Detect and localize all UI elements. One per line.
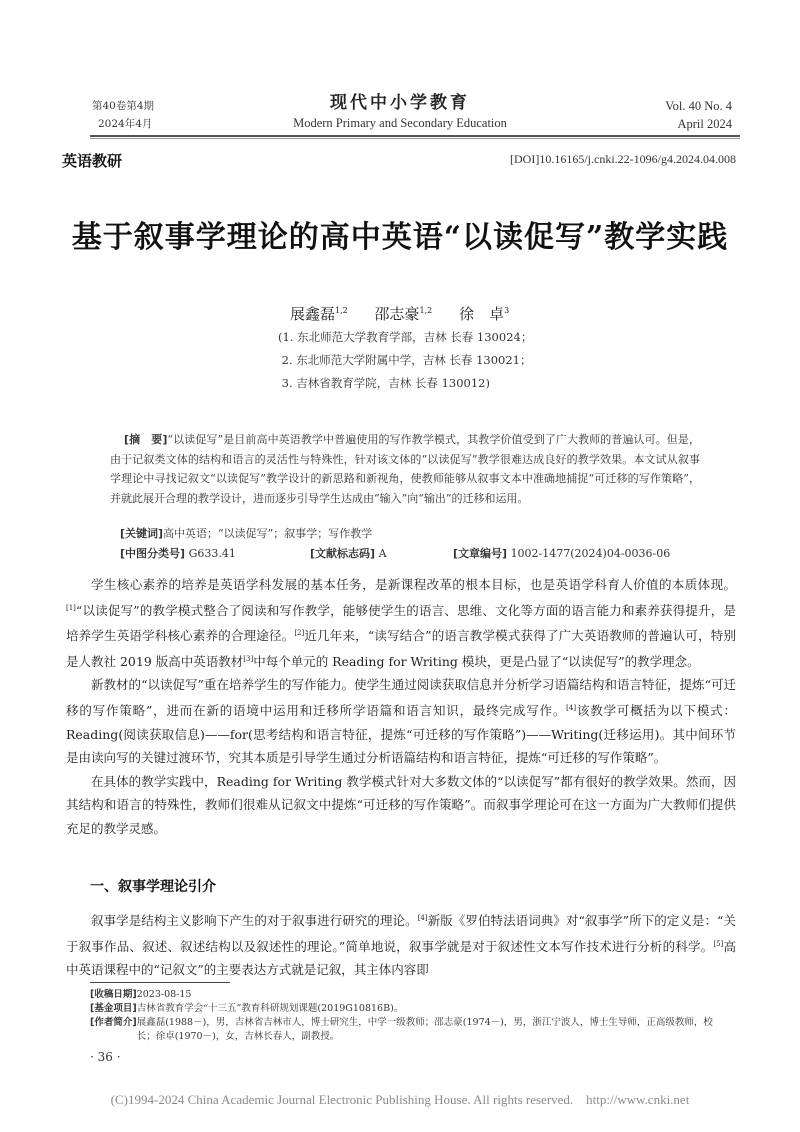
header-rule-thin [90,138,740,139]
citation-ref[interactable]: [5] [713,940,723,948]
abstract-text: “以读促写”是目前高中英语教学中普遍使用的写作教学模式，其教学价值受到了广大教师… [110,433,700,505]
classification-info: [中图分类号] G633.41 [文献标志码] A [文章编号] 1002-14… [120,545,670,561]
affiliation: 3. 吉林省教育学院，吉林 长春 130012) [278,372,532,395]
abstract: [摘 要]“以读促写”是目前高中英语教学中普遍使用的写作教学模式，其教学价值受到… [110,430,700,508]
citation-ref[interactable]: [4] [418,914,428,922]
keywords-label: [关键词] [120,527,163,540]
issue-date-en: April 2024 [665,115,732,133]
header-rule [90,135,740,137]
citation-ref[interactable]: [3] [243,655,253,663]
citation-ref[interactable]: [1] [66,604,76,612]
article-number-value: 1002-1477(2024)04-0036-06 [511,547,671,560]
author-list: 展鑫磊1,2 邵志豪1,2 徐 卓3 [290,303,531,324]
clc-value: G633.41 [189,547,236,560]
affiliations: (1. 东北师范大学教育学部，吉林 长春 130024； 2. 东北师范大学附属… [278,326,532,395]
clc-label: [中图分类号] [120,547,185,560]
column-name: 英语教研 [62,150,122,171]
author-name: 徐 卓 [459,305,504,323]
footnote-label: [作者简介] [90,1016,137,1044]
affiliation: (1. 东北师范大学教育学部，吉林 长春 130024； [278,326,532,349]
paragraph: 新教材的“以读促写”重在培养学生的写作能力。使学生通过阅读获取信息并分析学习语篇… [66,673,736,769]
text: 中每个单元的 Reading for Writing 模块，更是凸显了“以读促写… [253,654,699,669]
document-code-value: A [379,547,387,560]
author-affil-sup: 1,2 [420,306,433,315]
footnote-received: [收稿日期]2023-08-15 [90,988,720,1002]
author: 邵志豪1,2 [375,305,433,323]
article-number: [文章编号] 1002-1477(2024)04-0036-06 [453,545,670,561]
document-code: [文献标志码] A [310,545,453,561]
author-affil-sup: 3 [504,306,509,315]
footnote-author-bio: [作者简介]展鑫磊(1988－)，男，吉林省吉林市人，博士研究生，中学一级教师；… [90,1016,720,1044]
text: 学生核心素养的培养是英语学科发展的基本任务，是新课程改革的根本目标，也是英语学科… [91,577,736,592]
keywords: [关键词]高中英语；“以读促写”；叙事学；写作教学 [120,524,372,543]
citation-ref[interactable]: [4] [566,704,576,712]
author-affil-sup: 1,2 [335,306,348,315]
citation-ref[interactable]: [2] [294,629,304,637]
footnotes: [收稿日期]2023-08-15 [基金项目]吉林省教育学会“十三五”教育科研规… [90,988,720,1044]
footnote-value: 展鑫磊(1988－)，男，吉林省吉林市人，博士研究生，中学一级教师；邵志豪(19… [137,1016,720,1044]
footnote-label: [收稿日期] [90,988,137,1002]
keywords-text: 高中英语；“以读促写”；叙事学；写作教学 [163,527,372,540]
article-number-label: [文章编号] [453,547,507,560]
author: 展鑫磊1,2 [290,305,348,323]
paragraph: 学生核心素养的培养是英语学科发展的基本任务，是新课程改革的根本目标，也是英语学科… [66,573,736,673]
author: 徐 卓3 [459,305,509,323]
footnote-label: [基金项目] [90,1002,137,1016]
text: 叙事学是结构主义影响下产生的对于叙事进行研究的理论。 [91,913,418,928]
abstract-label: [摘 要] [124,433,167,446]
affiliation: 2. 东北师范大学附属中学，吉林 长春 130021； [278,349,532,372]
body-text: 学生核心素养的培养是英语学科发展的基本任务，是新课程改革的根本目标，也是英语学科… [66,573,736,840]
copyright-notice: (C)1994-2024 China Academic Journal Elec… [0,1092,800,1108]
body-text-section1: 叙事学是结构主义影响下产生的对于叙事进行研究的理论。[4]新版《罗伯特法语词典》… [66,907,736,982]
footnote-divider [90,982,230,983]
footnote-value: 2023-08-15 [137,988,720,1002]
page-number: · 36 · [90,1050,121,1064]
author-name: 展鑫磊 [290,305,335,323]
author-name: 邵志豪 [375,305,420,323]
paragraph: 在具体的教学实践中，Reading for Writing 教学模式针对大多数文… [66,770,736,841]
issue-volume-en: Vol. 40 No. 4 [665,97,732,115]
footnote-value: 吉林省教育学会“十三五”教育科研规划课题(2019G10816B)。 [137,1002,720,1016]
section-heading: 一、叙事学理论引介 [90,876,216,896]
clc-number: [中图分类号] G633.41 [120,545,310,561]
doi[interactable]: [DOI]10.16165/j.cnki.22-1096/g4.2024.04.… [510,152,736,167]
article-title: 基于叙事学理论的高中英语“以读促写”教学实践 [0,212,800,256]
paragraph: 叙事学是结构主义影响下产生的对于叙事进行研究的理论。[4]新版《罗伯特法语词典》… [66,907,736,982]
footnote-fund: [基金项目]吉林省教育学会“十三五”教育科研规划课题(2019G10816B)。 [90,1002,720,1016]
issue-info-en: Vol. 40 No. 4 April 2024 [665,97,732,133]
document-code-label: [文献标志码] [310,547,375,560]
